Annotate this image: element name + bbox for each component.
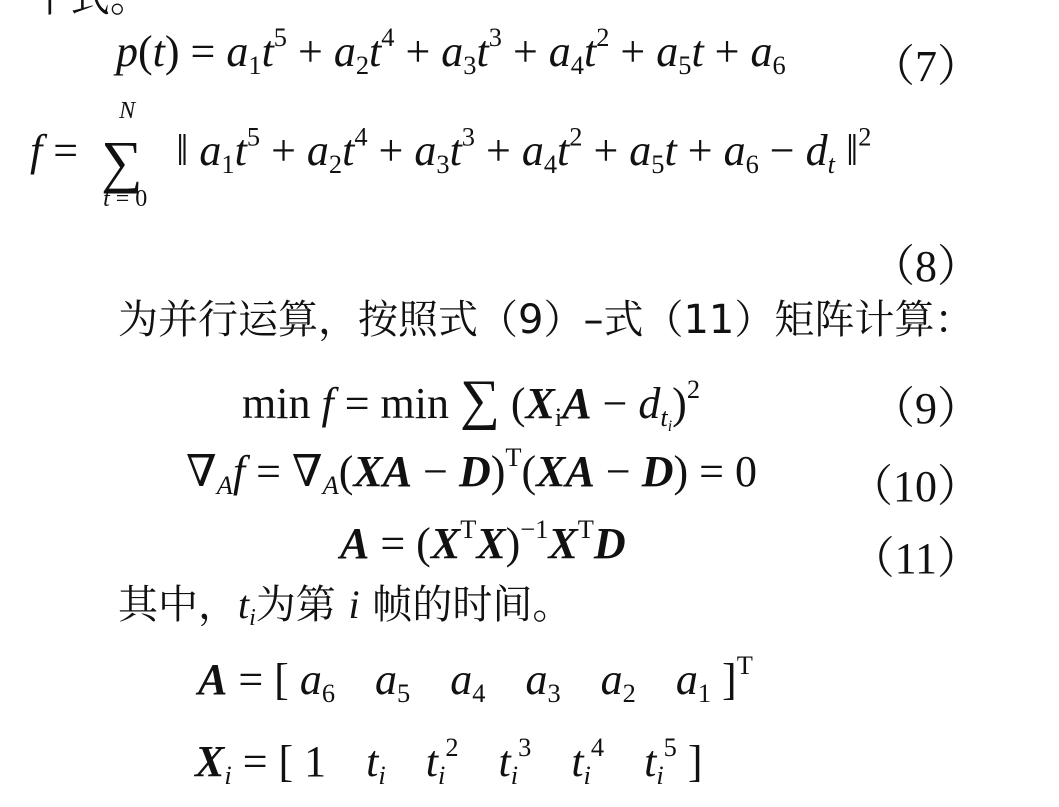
equation-8: f = N ∑ t = 0 ‖ a1t5 + a2t4 + a3t3 + a4t…: [30, 95, 872, 215]
equation-number-8: （8）: [871, 230, 981, 294]
equation-number-11: （11）: [851, 522, 981, 586]
vector-X-i: Xi = [ 1titi2ti3ti4ti5 ]: [195, 740, 703, 784]
equation-number-7: （7）: [871, 30, 981, 94]
intro-text: 为并行运算，按照式（9）–式（11）矩阵计算：: [118, 300, 974, 340]
equation-7: p(t) = a1t5 + a2t4 + a3t3 + a4t2 + a5t +…: [116, 30, 786, 74]
where-text: 其中，ti为第 i 帧的时间。: [118, 585, 572, 625]
top-fragment: 个式。: [30, 0, 150, 18]
equation-11: A = (XTX)−1XTD: [340, 522, 626, 566]
equation-number-9: （9）: [871, 372, 981, 436]
equation-10: ∇Af = ∇A(XA − D)T(XA − D) = 0: [186, 450, 757, 494]
equation-number-10: （10）: [849, 450, 981, 514]
equation-9: min f = min ∑ (XiA − dti)2: [242, 372, 700, 428]
vector-A: A = [ a6a5a4a3a2a1 ]T: [198, 658, 753, 702]
summation-symbol: N ∑ t = 0: [97, 95, 157, 215]
